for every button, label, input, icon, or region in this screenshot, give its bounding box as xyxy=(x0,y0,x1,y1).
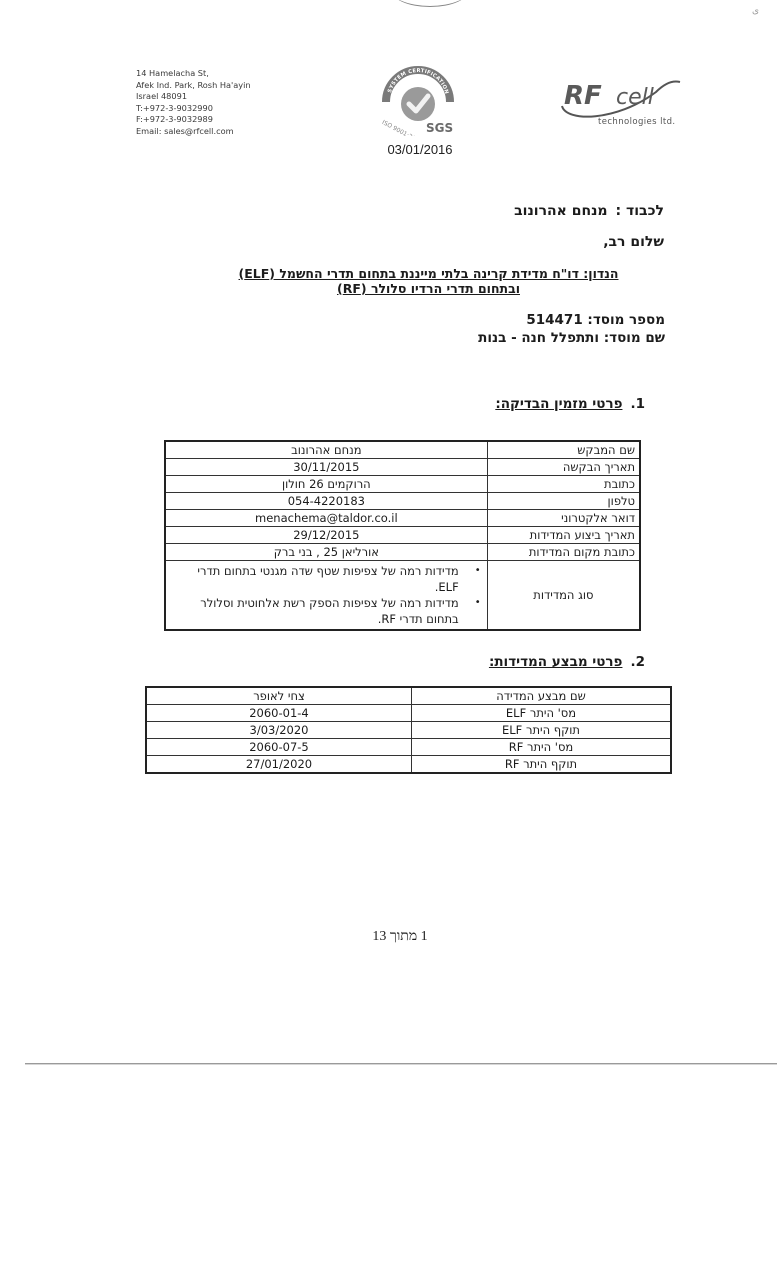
address-line: 14 Hamelacha St, xyxy=(136,68,251,80)
table-row: כתובת מקום המדידות אורליאן 25 , בני ברק xyxy=(165,544,640,561)
list-item: מדידות רמה של צפיפות הספק רשת אלחוטית וס… xyxy=(170,595,459,627)
table-row: תוקף היתר ELF 3/03/2020 xyxy=(146,722,671,739)
row-label: כתובת מקום המדידות xyxy=(487,544,640,561)
section-number: 1. xyxy=(630,396,645,412)
checkmark-seal-icon: SYSTEM CERTIFICATION ISO 9001:2000 SGS xyxy=(378,60,458,136)
row-label: תוקף היתר ELF xyxy=(411,722,671,739)
row-value: 29/12/2015 xyxy=(165,527,487,544)
sgs-certification-seal: SYSTEM CERTIFICATION ISO 9001:2000 SGS xyxy=(378,60,458,136)
row-value: 2060-01-4 xyxy=(146,705,411,722)
table-row: כתובת הרוקמים 26 חולון xyxy=(165,476,640,493)
row-label: מס' היתר RF xyxy=(411,739,671,756)
email-line: Email: sales@rfcell.com xyxy=(136,126,251,138)
row-label: דואר אלקטרוני xyxy=(487,510,640,527)
row-value: 054-4220183 xyxy=(165,493,487,510)
row-value: הרוקמים 26 חולון xyxy=(165,476,487,493)
phone-line: T:+972-3-9032990 xyxy=(136,103,251,115)
requester-details-table: שם המבקש מנחם אהרונוב תאריך הבקשה 30/11/… xyxy=(164,440,641,631)
scan-artifact-mark: ى xyxy=(752,6,759,16)
greeting: שלום רב, xyxy=(603,234,664,250)
recipient-name: מנחם אהרונוב xyxy=(514,203,607,219)
row-value: 30/11/2015 xyxy=(165,459,487,476)
row-value: 3/03/2020 xyxy=(146,722,411,739)
row-label: שם מבצע המדידה xyxy=(411,687,671,705)
subject-heading: הנדון: דו"ח מדידת קרינה בלתי מייננת בתחו… xyxy=(180,266,677,296)
row-label: סוג המדידות xyxy=(487,561,640,631)
table-row: תאריך ביצוע המדידות 29/12/2015 xyxy=(165,527,640,544)
institution-number: מספר מוסד: 514471 xyxy=(526,312,665,328)
section-number: 2. xyxy=(630,654,645,670)
measurement-type-list: מדידות רמה של צפיפות שטף שדה מגנטי בתחום… xyxy=(170,563,481,627)
row-value: מדידות רמה של צפיפות שטף שדה מגנטי בתחום… xyxy=(165,561,487,631)
list-item: מדידות רמה של צפיפות שטף שדה מגנטי בתחום… xyxy=(170,563,459,595)
address-line: Israel 48091 xyxy=(136,91,251,103)
scan-artifact-curve xyxy=(390,0,470,7)
table-row: מס' היתר RF 2060-07-5 xyxy=(146,739,671,756)
row-label: תוקף היתר RF xyxy=(411,756,671,774)
fax-line: F:+972-3-9032989 xyxy=(136,114,251,126)
row-value: menachema@taldor.co.il xyxy=(165,510,487,527)
row-value: מנחם אהרונוב xyxy=(165,441,487,459)
row-label: מס' היתר ELF xyxy=(411,705,671,722)
document-date: 03/01/2016 xyxy=(360,142,480,157)
row-label: שם המבקש xyxy=(487,441,640,459)
table-row: שם מבצע המדידה צחי לאופר xyxy=(146,687,671,705)
row-value: 2060-07-5 xyxy=(146,739,411,756)
table-row: סוג המדידות מדידות רמה של צפיפות שטף שדה… xyxy=(165,561,640,631)
page-indicator: 1 מתוך 13 xyxy=(340,929,460,945)
measurer-details-table: שם מבצע המדידה צחי לאופר מס' היתר ELF 20… xyxy=(145,686,672,774)
institution-name: שם מוסד: ותתפלל חנה - בנות xyxy=(478,330,665,346)
table-row: תאריך הבקשה 30/11/2015 xyxy=(165,459,640,476)
recipient-line: לכבוד :מנחם אהרונוב xyxy=(514,203,664,219)
row-label: תאריך ביצוע המדידות xyxy=(487,527,640,544)
row-label: כתובת xyxy=(487,476,640,493)
recipient-label: לכבוד : xyxy=(616,203,664,219)
svg-text:technologies ltd.: technologies ltd. xyxy=(598,117,675,127)
row-label: טלפון xyxy=(487,493,640,510)
svg-text:ISO 9001:2000: ISO 9001:2000 xyxy=(381,119,424,136)
address-line: Afek Ind. Park, Rosh Ha'ayin xyxy=(136,80,251,92)
row-value: צחי לאופר xyxy=(146,687,411,705)
page-fold-line xyxy=(25,1063,777,1064)
table-row: שם המבקש מנחם אהרונוב xyxy=(165,441,640,459)
section-1-title: 1.פרטי מזמין הבדיקה: xyxy=(495,396,645,412)
svg-text:SGS: SGS xyxy=(426,121,453,135)
row-label: תאריך הבקשה xyxy=(487,459,640,476)
row-value: 27/01/2020 xyxy=(146,756,411,774)
rfcell-logo: RF cell technologies ltd. xyxy=(556,70,686,128)
svg-text:RF: RF xyxy=(564,81,602,111)
section-title-text: פרטי מבצע המדידות: xyxy=(489,654,623,670)
table-row: מס' היתר ELF 2060-01-4 xyxy=(146,705,671,722)
table-row: תוקף היתר RF 27/01/2020 xyxy=(146,756,671,774)
company-address: 14 Hamelacha St, Afek Ind. Park, Rosh Ha… xyxy=(136,68,251,137)
subject-line-2: ובתחום תדרי הרדיו סלולר (RF) xyxy=(180,281,677,296)
table-row: טלפון 054-4220183 xyxy=(165,493,640,510)
svg-text:cell: cell xyxy=(616,85,654,110)
section-title-text: פרטי מזמין הבדיקה: xyxy=(495,396,622,412)
row-value: אורליאן 25 , בני ברק xyxy=(165,544,487,561)
subject-line-1: הנדון: דו"ח מדידת קרינה בלתי מייננת בתחו… xyxy=(180,266,677,281)
table-row: דואר אלקטרוני menachema@taldor.co.il xyxy=(165,510,640,527)
section-2-title: 2.פרטי מבצע המדידות: xyxy=(489,654,645,670)
